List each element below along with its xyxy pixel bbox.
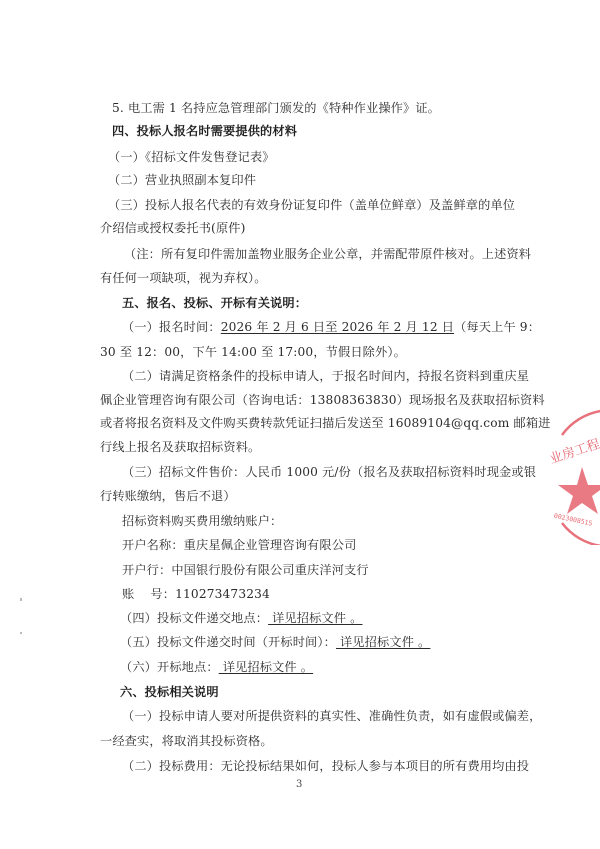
material-item-3-cont: 介绍信或授权委托书(原件)	[100, 220, 246, 236]
material-item-2: （二）营业执照副本复印件	[108, 172, 256, 188]
registration-hours-start: （每天上午 9：	[454, 320, 540, 334]
account-name: 开户名称：重庆星佩企业管理咨询有限公司	[122, 537, 356, 553]
section-heading-4: 四、投标人报名时需要提供的材料	[112, 123, 297, 139]
registration-method-cont-3: 行线上报名及获取招标资料。	[100, 439, 260, 455]
payment-account-heading: 招标资料购买费用缴纳账户：	[122, 513, 282, 529]
requirement-item-5: 5. 电工需 1 名持应急管理部门颁发的《特种作业操作》证。	[112, 100, 440, 116]
document-price-cont: 行转账缴纳，售后不退）	[100, 488, 236, 504]
account-number: 账 号：110273473234	[122, 586, 270, 602]
document-price: （三）招标文件售价：人民币 1000 元/份（报名及获取招标资料时现金或银	[122, 464, 536, 480]
registration-method: （二）请满足资格条件的投标申请人，于报名时间内，持报名资料到重庆星	[122, 368, 529, 384]
registration-hours-cont: 30 至 12：00，下午 14:00 至 17:00，节假日除外）。	[100, 344, 406, 360]
scan-speck	[20, 598, 22, 601]
registration-time-label: （一）报名时间：	[122, 320, 221, 334]
account-bank: 开户行：中国银行股份有限公司重庆洋河支行	[122, 562, 369, 578]
submission-location: （四）投标文件递交地点： 详见招标文件 。	[120, 610, 362, 626]
submission-time: （五）投标文件递交时间（开标时间）： 详见招标文件 。	[120, 634, 430, 650]
opening-location-value: 详见招标文件 。	[219, 660, 313, 674]
material-note-cont: 有任何一项缺项，视为弃权）。	[100, 270, 267, 286]
submission-time-value: 详见招标文件 。	[336, 635, 430, 649]
seal-star-icon	[558, 467, 600, 514]
seal-arc-text: 业房工程	[548, 436, 600, 467]
section-heading-5: 五、报名、投标、开标有关说明：	[122, 295, 307, 311]
submission-time-label: （五）投标文件递交时间（开标时间）：	[120, 635, 336, 649]
material-note: （注：所有复印件需加盖物业服务企业公章，并需配带原件核对。上述资料	[124, 246, 531, 262]
bidding-note-1: （一）投标申请人要对所提供资料的真实性、准确性负责，如有虚假或偏差，	[122, 708, 541, 724]
opening-location-label: （六）开标地点：	[120, 660, 219, 674]
page-number: 3	[296, 779, 302, 790]
section-heading-6: 六、投标相关说明	[120, 684, 219, 700]
opening-location: （六）开标地点： 详见招标文件 。	[120, 659, 313, 675]
registration-date-range: 2026 年 2 月 6 日至 2026 年 2 月 12 日	[221, 320, 454, 334]
seal-number-text: 0023008515	[553, 512, 593, 528]
submission-location-label: （四）投标文件递交地点：	[120, 611, 268, 625]
submission-location-value: 详见招标文件 。	[268, 611, 362, 625]
material-item-1: （一）《招标文件发售登记表》	[108, 149, 275, 165]
document-page: 5. 电工需 1 名持应急管理部门颁发的《特种作业操作》证。 四、投标人报名时需…	[0, 0, 600, 849]
registration-method-cont-1: 佩企业管理咨询有限公司（咨询电话：13808363830）现场报名及获取招标资料	[100, 392, 545, 408]
bidding-note-2: （二）投标费用：无论投标结果如何，投标人参与本项目的所有费用均由投	[122, 758, 529, 774]
bidding-note-1-cont: 一经查实，将取消其投标资格。	[100, 733, 273, 749]
registration-time: （一）报名时间：2026 年 2 月 6 日至 2026 年 2 月 12 日（…	[122, 319, 540, 335]
official-seal-stamp: 业房工程 0023008515	[540, 405, 600, 545]
scan-speck	[20, 632, 22, 634]
registration-method-cont-2: 或者将报名资料及文件购买费转款凭证扫描后发送至 16089104@qq.com …	[100, 415, 551, 431]
material-item-3: （三）投标人报名代表的有效身份证复印件（盖单位鲜章）及盖鲜章的单位	[108, 197, 515, 213]
